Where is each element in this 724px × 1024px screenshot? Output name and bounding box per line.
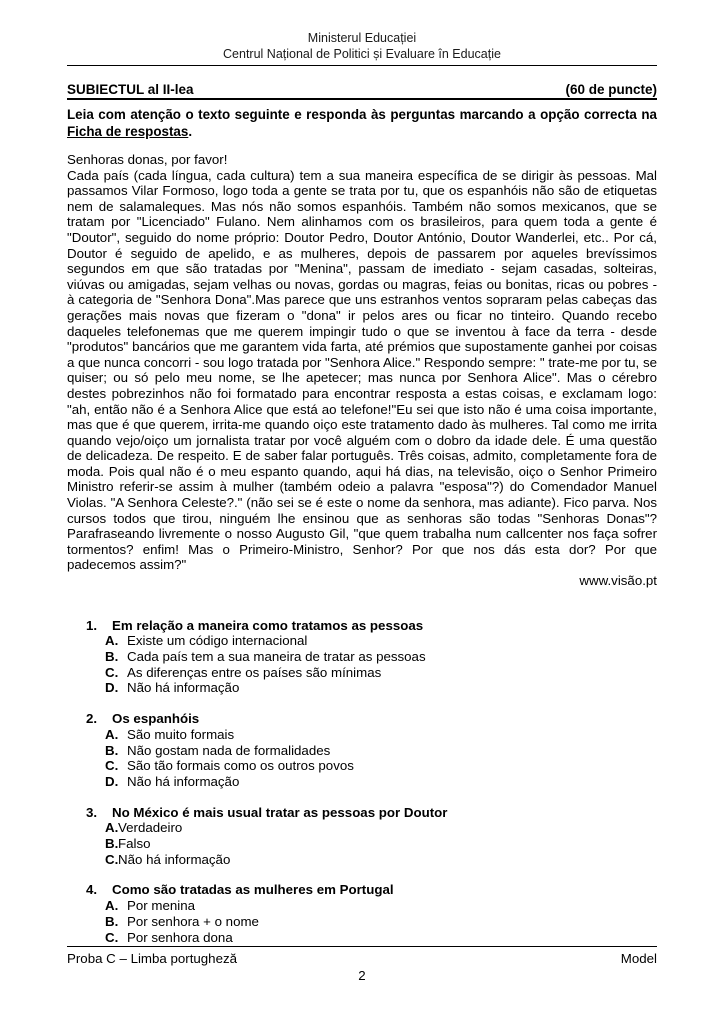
option-text: Cada país tem a sua maneira de tratar as… [127,649,657,665]
option-text: Por senhora dona [127,930,657,946]
question-stem: Como são tratadas as mulheres em Portuga… [112,882,657,898]
option-letter: B. [105,836,118,852]
source-reference: www.visão.pt [67,573,657,589]
question-4: 4. Como são tratadas as mulheres em Port… [86,882,657,945]
option-text: São muito formais [127,727,657,743]
footer-divider [67,946,657,947]
question-3-options: A. Verdadeiro B. Falso C. Não há informa… [105,820,657,867]
option-text: Por senhora + o nome [127,914,657,930]
option-text: Não há informação [118,852,657,868]
option-text: Falso [118,836,657,852]
header-divider [67,65,657,66]
question-1-stem-row: 1. Em relação a maneira como tratamos as… [86,618,657,634]
reading-salutation: Senhoras donas, por favor! [67,152,657,168]
document-footer: Proba C – Limba portugheză Model 2 [67,946,657,983]
question-number: 4. [86,882,112,898]
option-text: As diferenças entre os países são mínima… [127,665,657,681]
option-text: Existe um código internacional [127,633,657,649]
option-row: B. Não gostam nada de formalidades [105,743,657,759]
option-row: A. Existe um código internacional [105,633,657,649]
option-letter: D. [105,680,127,696]
question-1-options: A. Existe um código internacional B. Cad… [105,633,657,696]
page-content: Ministerul Educației Centrul Național de… [67,0,657,960]
page-number: 2 [67,968,657,983]
option-letter: B. [105,914,127,930]
question-1: 1. Em relação a maneira como tratamos as… [86,618,657,697]
reading-paragraph: Cada país (cada língua, cada cultura) te… [67,168,657,573]
option-row: A. São muito formais [105,727,657,743]
footer-row: Proba C – Limba portugheză Model [67,951,657,966]
instruction-lead: Leia com atenção o texto seguinte e resp… [67,107,657,122]
option-letter: A. [105,898,127,914]
question-stem: Em relação a maneira como tratamos as pe… [112,618,657,634]
option-letter: C. [105,665,127,681]
question-4-options: A. Por menina B. Por senhora + o nome C.… [105,898,657,945]
option-row: D. Não há informação [105,774,657,790]
reading-text-block: Senhoras donas, por favor! Cada país (ca… [67,152,657,589]
option-row: D. Não há informação [105,680,657,696]
question-3-stem-row: 3. No México é mais usual tratar as pess… [86,805,657,821]
option-row: C. Por senhora dona [105,930,657,946]
option-letter: C. [105,930,127,946]
option-letter: A. [105,633,127,649]
question-number: 2. [86,711,112,727]
option-row: C. Não há informação [105,852,657,868]
question-2-options: A. São muito formais B. Não gostam nada … [105,727,657,790]
question-number: 3. [86,805,112,821]
option-row: C. As diferenças entre os países são mín… [105,665,657,681]
option-letter: A. [105,820,118,836]
option-text: Por menina [127,898,657,914]
option-text: Não há informação [127,774,657,790]
header-org-line2: Centrul Național de Politici și Evaluare… [67,47,657,63]
option-letter: B. [105,649,127,665]
option-row: B. Por senhora + o nome [105,914,657,930]
question-4-stem-row: 4. Como são tratadas as mulheres em Port… [86,882,657,898]
question-2: 2. Os espanhóis A. São muito formais B. … [86,711,657,790]
document-header: Ministerul Educației Centrul Național de… [67,31,657,66]
option-row: B. Cada país tem a sua maneira de tratar… [105,649,657,665]
option-text: Não há informação [127,680,657,696]
question-number: 1. [86,618,112,634]
option-row: C. São tão formais como os outros povos [105,758,657,774]
footer-exam-name: Proba C – Limba portugheză [67,951,237,966]
instruction-suffix: . [188,124,192,139]
subject-title: SUBIECTUL al II-lea [67,82,194,97]
option-letter: C. [105,852,118,868]
footer-model-label: Model [621,951,657,966]
questions-section: 1. Em relação a maneira como tratamos as… [86,618,657,946]
subject-title-row: SUBIECTUL al II-lea (60 de puncte) [67,82,657,100]
question-2-stem-row: 2. Os espanhóis [86,711,657,727]
option-letter: A. [105,727,127,743]
option-letter: D. [105,774,127,790]
option-text: Verdadeiro [118,820,657,836]
subject-points: (60 de puncte) [565,82,657,97]
question-stem: No México é mais usual tratar as pessoas… [112,805,657,821]
option-row: A. Verdadeiro [105,820,657,836]
instruction-underlined-phrase: Ficha de respostas [67,124,188,139]
header-org-line1: Ministerul Educației [67,31,657,47]
option-text: Não gostam nada de formalidades [127,743,657,759]
option-row: B. Falso [105,836,657,852]
option-text: São tão formais como os outros povos [127,758,657,774]
option-letter: C. [105,758,127,774]
instruction-text: Leia com atenção o texto seguinte e resp… [67,107,657,140]
question-stem: Os espanhóis [112,711,657,727]
exam-page: Ministerul Educației Centrul Național de… [0,0,724,1024]
option-row: A. Por menina [105,898,657,914]
question-3: 3. No México é mais usual tratar as pess… [86,805,657,868]
option-letter: B. [105,743,127,759]
